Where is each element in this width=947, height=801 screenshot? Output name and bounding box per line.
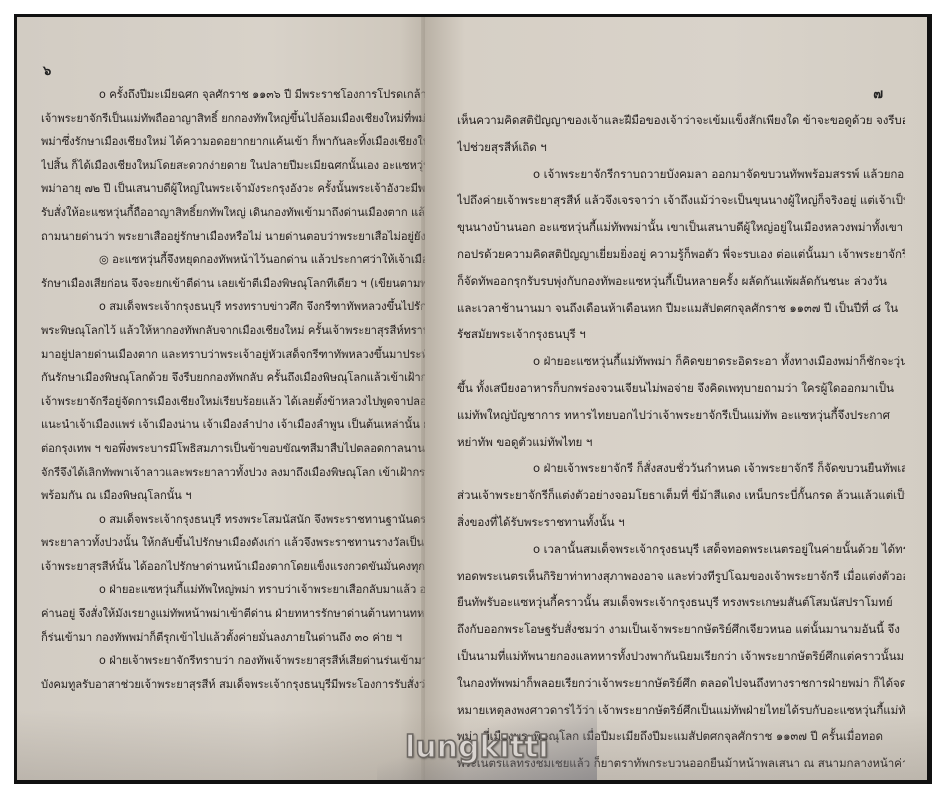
text-line: หมายเหตุลงพงศาวดารไว้ว่า เจ้าพระยากษัตริ… — [457, 697, 905, 724]
text-line: กอปรด้วยความคิดสติปัญญาเยี่ยมยิ่งอยู่ คว… — [457, 241, 905, 268]
left-page-text: o ครั้งถึงปีมะเมียฉศก จุลศักราช ๑๑๓๖ ปี … — [41, 83, 427, 696]
text-line: ไปช่วยสุรสีห์เถิด ฯ — [457, 134, 905, 161]
book-photo: ๖ o ครั้งถึงปีมะเมียฉศก จุลศักราช ๑๑๓๖ ป… — [14, 14, 932, 784]
text-line: ขุนนางบ้านนอก อะแซหวุ่นกี้แม่ทัพพม่านั้น… — [457, 214, 905, 241]
text-line: และเวลาช้านานมา จนถึงเดือนห้าเดือนหก ปีม… — [457, 295, 905, 322]
right-page: ๗ เห็นความคิดสติปัญญาของเจ้าและฝีมือของเ… — [425, 17, 927, 780]
text-line: o สมเด็จพระเจ้ากรุงธนบุรี ทรงทราบข่าวศึก… — [41, 295, 427, 319]
text-line: ก็ร่นเข้ามา กองทัพพม่าก็ตีรุกเข้าไปแล้วต… — [41, 626, 427, 650]
page-shadow — [17, 710, 433, 780]
text-line: พระพิษณุโลกไว้ แล้วให้หากองทัพกลับจากเมื… — [41, 319, 427, 343]
text-line: จักรีจึงได้เลิกทัพพาเจ้าลาวและพระยาลาวทั… — [41, 461, 427, 485]
right-page-text: เห็นความคิดสติปัญญาของเจ้าและฝีมือของเจ้… — [457, 107, 905, 784]
text-line: แม่ทัพใหญ่บัญชาการ ทหารไทยบอกไปว่าเจ้าพร… — [457, 402, 905, 429]
text-line: รับสั่งให้อะแซหวุ่นกี้ถืออาญาสิทธิ์ยกทัพ… — [41, 201, 427, 225]
text-line: o ฝ่ายอะแซหวุ่นกี้แม่ทัพใหญ่พม่า ทราบว่า… — [41, 578, 427, 602]
text-line: ไปถึงค่ายเจ้าพระยาสุรสีห์ แล้วจึงเจรจาว่… — [457, 187, 905, 214]
text-line: รัชสมัยพระเจ้ากรุงธนบุรี ฯ — [457, 321, 905, 348]
text-line: เจ้าพระยาจักรีเป็นแม่ทัพถืออาญาสิทธิ์ ยก… — [41, 107, 427, 131]
text-line: ส่วนเจ้าพระยาจักรีก็แต่งตัวอย่างจอมโยธาเ… — [457, 482, 905, 509]
text-line: เจ้าพระยาสุรสีห์นั้น ได้ออกไปรักษาด่านหน… — [41, 555, 427, 579]
text-line: o ฝ่ายเจ้าพระยาจักรีทราบว่า กองทัพเจ้าพร… — [41, 649, 427, 673]
text-line: กันรักษาเมืองพิษณุโลกด้วย จึงรีบยกกองทัพ… — [41, 366, 427, 390]
text-line: มาอยู่ปลายด่านเมืองตาก และทราบว่าพระเจ้า… — [41, 343, 427, 367]
text-line: พม่าอายุ ๗๒ ปี เป็นเสนาบดีผู้ใหญ่ในพระเจ… — [41, 177, 427, 201]
text-line: o ฝ่ายเจ้าพระยาจักรี ก็สั่งสงบชั่ววันกำห… — [457, 455, 905, 482]
text-line: เห็นความคิดสติปัญญาของเจ้าและฝีมือของเจ้… — [457, 107, 905, 134]
text-line: ทอดพระเนตรเห็นกิริยาท่าทางสุภาพองอาจ และ… — [457, 563, 905, 590]
text-line: เป็นนามที่แม่ทัพนายกองแลทหารทั้งปวงพากัน… — [457, 643, 905, 670]
text-line: แนะนำเจ้าเมืองแพร่ เจ้าเมืองน่าน เจ้าเมื… — [41, 413, 427, 437]
watermark-text: lungkitti — [405, 730, 549, 765]
text-line: o เวลานั้นสมเด็จพระเจ้ากรุงธนบุรี เสด็จท… — [457, 536, 905, 563]
text-line: พม่าซึ่งรักษาเมืองเชียงใหม่ ได้ความอดอยา… — [41, 130, 427, 154]
page-number-right: ๗ — [873, 83, 883, 104]
text-line: ค่านอยู่ จึงสั่งให้มังเรยางูแม่ทัพหน้าพม… — [41, 602, 427, 626]
page-number-left: ๖ — [43, 60, 51, 81]
text-line: ต่อกรุงเทพ ฯ ขอพึ่งพระบารมีโพธิสมภารเป็น… — [41, 437, 427, 461]
text-line: ถึงกับออกพระโอษฐรับสั่งชมว่า งามเป็นเจ้า… — [457, 616, 905, 643]
text-line: รักษาเมืองเสียก่อน จึงจะยกเข้าตีด่าน เลย… — [41, 272, 427, 296]
text-line: o สมเด็จพระเจ้ากรุงธนบุรี ทรงพระโสมนัสนั… — [41, 508, 427, 532]
text-line: ทั้งสองฝ่าย ฯ — [457, 777, 905, 784]
text-line: o ครั้งถึงปีมะเมียฉศก จุลศักราช ๑๑๓๖ ปี … — [41, 83, 427, 107]
text-line: ถามนายด่านว่า พระยาเสืออยู่รักษาเมืองหรื… — [41, 225, 427, 249]
text-line: ยืนทัพรับอะแซหวุ่นกี้คราวนั้น สมเด็จพระเ… — [457, 589, 905, 616]
text-line: o ฝ่ายอะแซหวุ่นกี้แม่ทัพพม่า ก็คิดขยาดระ… — [457, 348, 905, 375]
text-line: พร้อมกัน ณ เมืองพิษณุโลกนั้น ฯ — [41, 484, 427, 508]
text-line: ก็จัดทัพออกรุกรับรบพุ่งกับกองทัพอะแซหวุ่… — [457, 268, 905, 295]
text-line: พระยาลาวทั้งปวงนั้น ให้กลับขึ้นไปรักษาเม… — [41, 531, 427, 555]
text-line: ขึ้น ทั้งเสบียงอาหารก็บกพร่องจวนเจียนไม่… — [457, 375, 905, 402]
text-line: ไปสิ้น ก็ได้เมืองเชียงใหม่โดยสะดวกง่ายดา… — [41, 154, 427, 178]
text-line: สิ่งของที่ได้รับพระราชทานทั้งนั้น ฯ — [457, 509, 905, 536]
left-page: ๖ o ครั้งถึงปีมะเมียฉศก จุลศักราช ๑๑๓๖ ป… — [17, 17, 433, 780]
text-line: เจ้าพระยาจักรีอยู่จัดการเมืองเชียงใหม่เร… — [41, 390, 427, 414]
text-line: ◎ อะแซหวุ่นกี้จึงหยุดกองทัพหน้าไว้นอกด่า… — [41, 248, 427, 272]
text-line: บังคมทูลรับอาสาช่วยเจ้าพระยาสุรสีห์ สมเด… — [41, 673, 427, 697]
text-line: ในกองทัพพม่าก็พลอยเรียกว่าเจ้าพระยากษัตร… — [457, 670, 905, 697]
text-line: หย่าทัพ ขอดูตัวแม่ทัพไทย ฯ — [457, 429, 905, 456]
text-line: o เจ้าพระยาจักรีกราบถวายบังคมลา ออกมาจัด… — [457, 161, 905, 188]
